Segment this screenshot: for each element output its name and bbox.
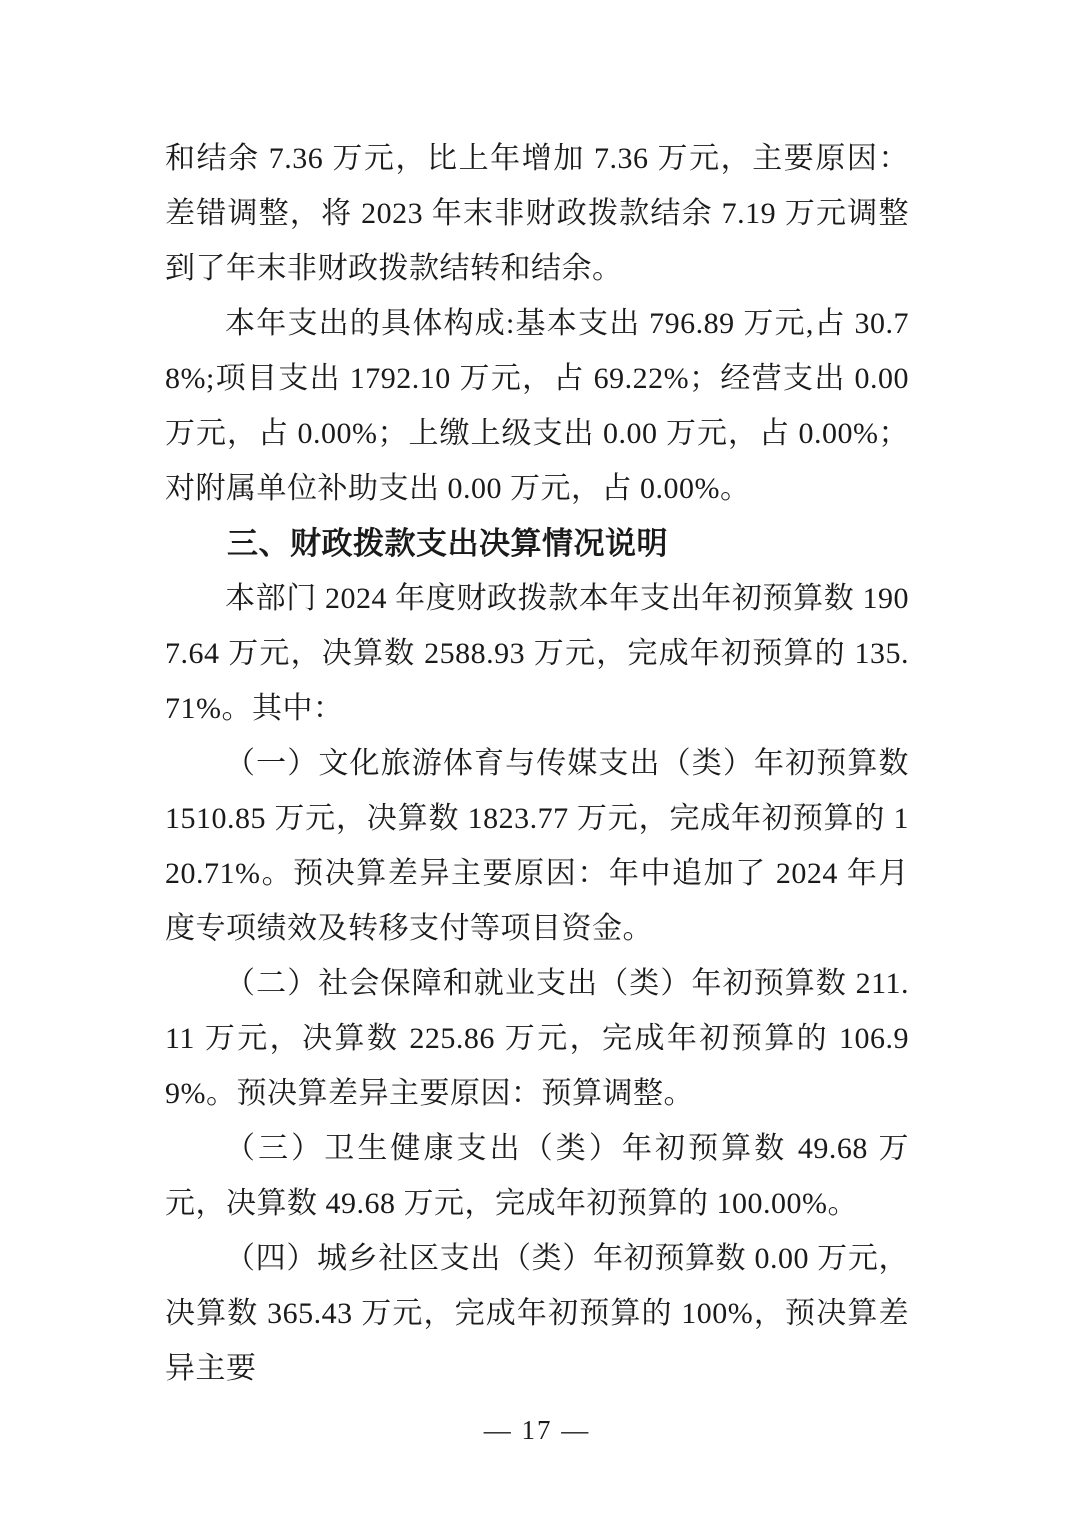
paragraph-item-1-culture-tourism: （一）文化旅游体育与传媒支出（类）年初预算数 1510.85 万元，决算数 18…	[165, 736, 909, 956]
paragraph-carryover-balance: 和结余 7.36 万元，比上年增加 7.36 万元，主要原因：差错调整，将 20…	[165, 131, 909, 296]
document-body: 和结余 7.36 万元，比上年增加 7.36 万元，主要原因：差错调整，将 20…	[165, 131, 909, 1396]
paragraph-item-4-urban-rural-community: （四）城乡社区支出（类）年初预算数 0.00 万元，决算数 365.43 万元，…	[165, 1231, 909, 1396]
paragraph-item-2-social-security: （二）社会保障和就业支出（类）年初预算数 211.11 万元，决算数 225.8…	[165, 956, 909, 1121]
document-page: 和结余 7.36 万元，比上年增加 7.36 万元，主要原因：差错调整，将 20…	[0, 0, 1074, 1520]
section-heading-fiscal-appropriation: 三、财政拨款支出决算情况说明	[165, 516, 909, 571]
paragraph-fiscal-appropriation-summary: 本部门 2024 年度财政拨款本年支出年初预算数 1907.64 万元，决算数 …	[165, 571, 909, 736]
paragraph-expenditure-composition: 本年支出的具体构成:基本支出 796.89 万元,占 30.78%;项目支出 1…	[165, 296, 909, 516]
paragraph-item-3-health: （三）卫生健康支出（类）年初预算数 49.68 万元，决算数 49.68 万元，…	[165, 1121, 909, 1231]
page-number-footer: — 17 —	[0, 1410, 1074, 1450]
